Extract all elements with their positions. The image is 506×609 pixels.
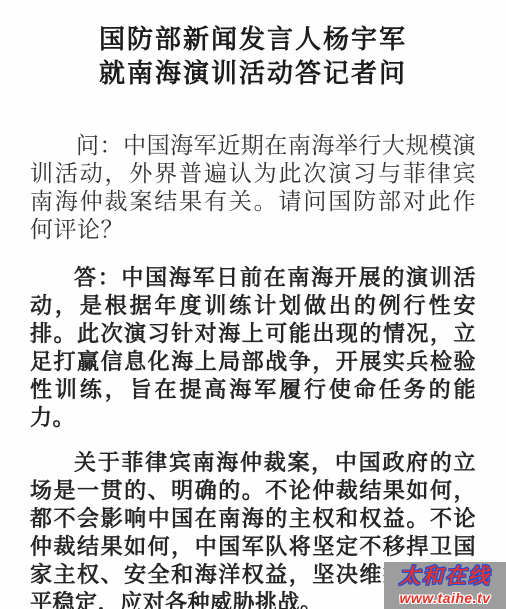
title-line-1: 国防部新闻发言人杨宇军 [30, 22, 476, 56]
question-paragraph: 问：中国海军近期在南海举行大规模演训活动，外界普遍认为此次演习与菲律宾南海仲裁案… [30, 132, 476, 244]
taihe-watermark: 太和在线 www.taihe.tv [384, 562, 506, 609]
page-title: 国防部新闻发言人杨宇军 就南海演训活动答记者问 [30, 22, 476, 90]
document-page: 国防部新闻发言人杨宇军 就南海演训活动答记者问 问：中国海军近期在南海举行大规模… [0, 0, 506, 609]
watermark-url: www.taihe.tv [384, 590, 506, 607]
watermark-logo-text: 太和在线 [384, 564, 506, 590]
answer-paragraph-1: 答：中国海军日前在南海开展的演训活动，是根据年度训练计划做出的例行性安排。此次演… [30, 264, 476, 432]
title-line-2: 就南海演训活动答记者问 [30, 56, 476, 90]
